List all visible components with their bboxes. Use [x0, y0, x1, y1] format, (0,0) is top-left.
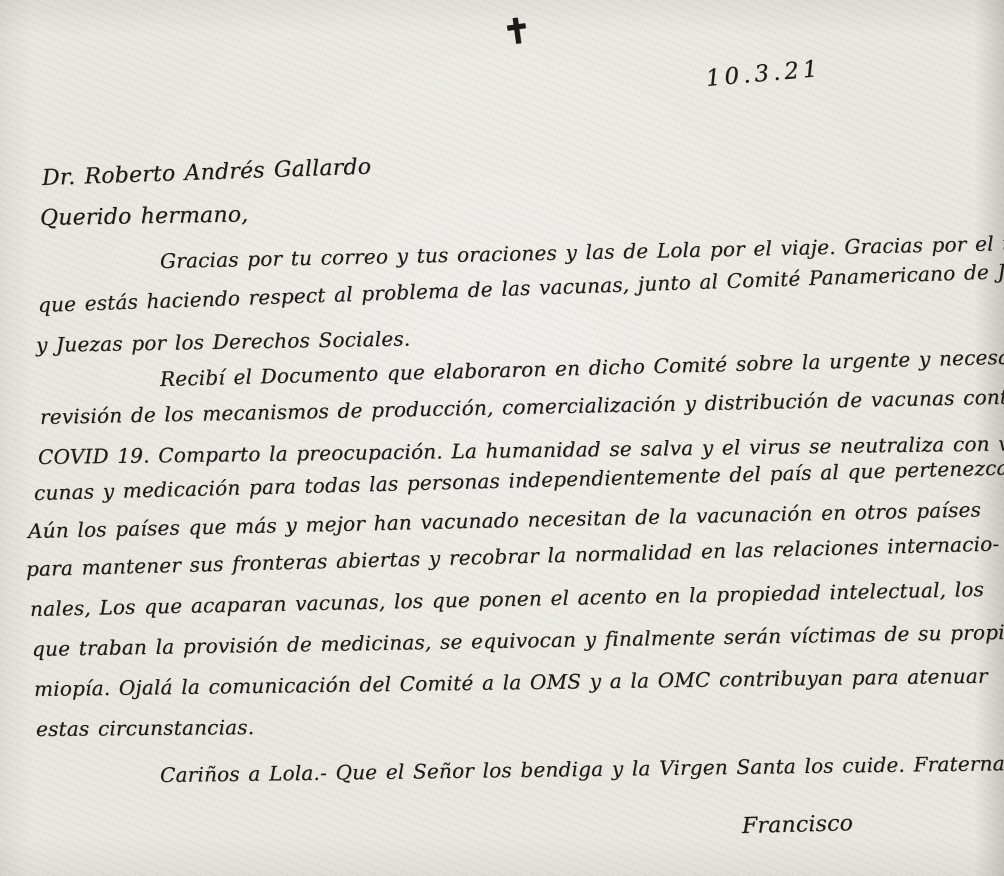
handwritten-cross-icon: ✝ — [500, 10, 534, 54]
salutation-line: Querido hermano, — [40, 202, 249, 231]
body-line: estas circunstancias. — [36, 715, 254, 741]
closing-line: Cariños a Lola.- Que el Señor los bendig… — [160, 750, 1004, 787]
body-line: miopía. Ojalá la comunicación del Comité… — [34, 664, 988, 701]
recipient-line: Dr. Roberto Andrés Gallardo — [42, 155, 372, 191]
body-line: nales, Los que acaparan vacunas, los que… — [30, 577, 984, 621]
scanned-letter-page: ✝ 10.3.21 Dr. Roberto Andrés Gallardo Qu… — [0, 0, 1004, 876]
letter-date: 10.3.21 — [705, 56, 823, 92]
signature: Francisco — [742, 811, 854, 839]
body-line: que traban la provisión de medicinas, se… — [32, 620, 1004, 661]
body-line: revisión de los mecanismos de producción… — [40, 384, 1004, 429]
body-line: y Juezas por los Derechos Sociales. — [36, 326, 411, 357]
